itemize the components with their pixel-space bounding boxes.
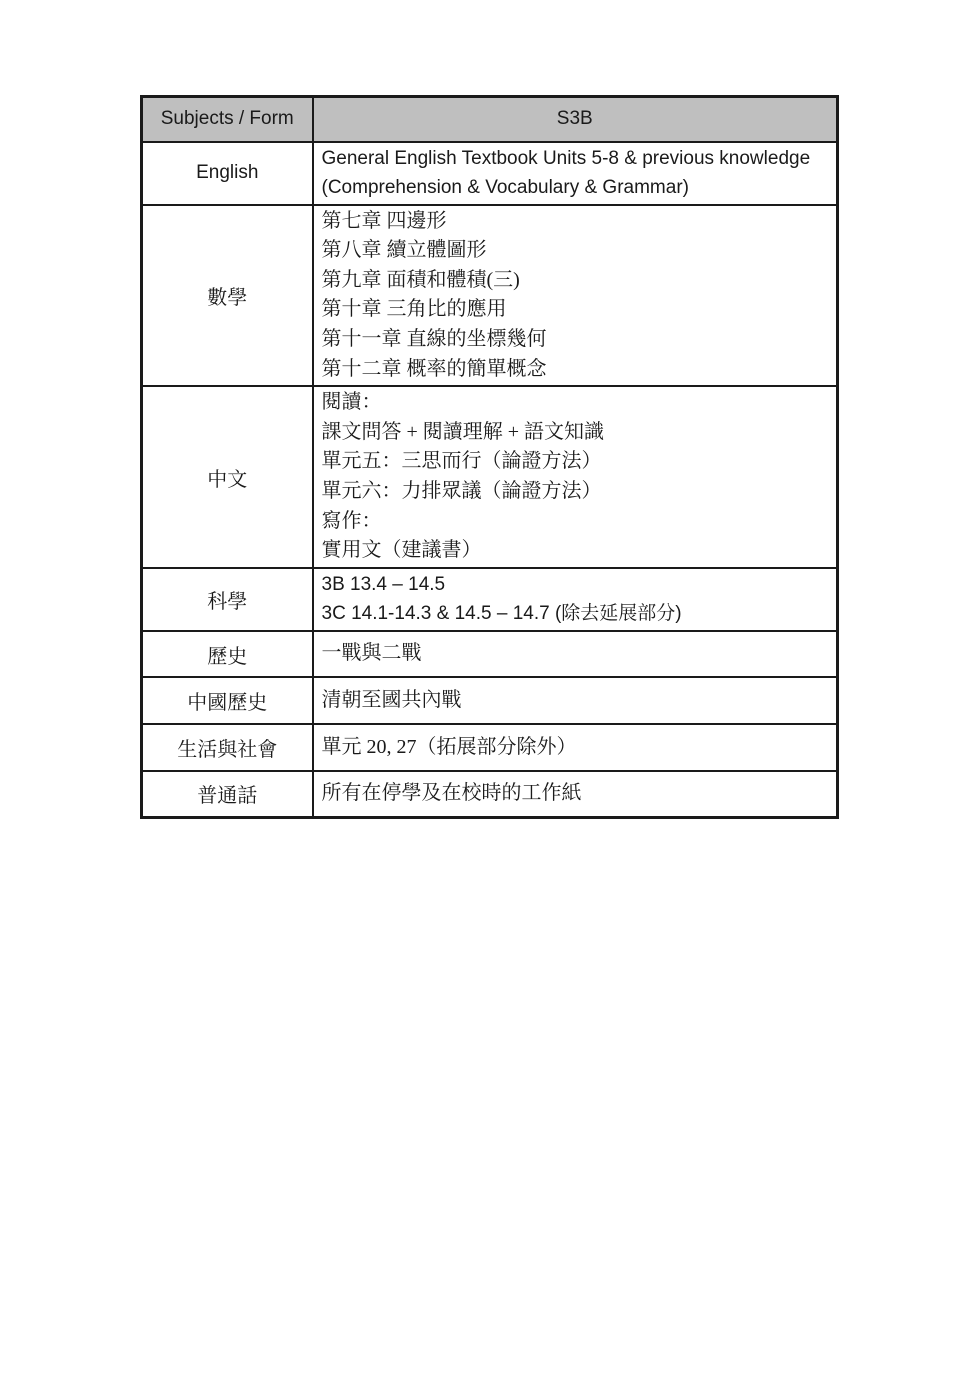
content-cell-english: General English Textbook Units 5-8 & pre… (313, 142, 838, 205)
subject-cell-history: 歷史 (142, 631, 313, 677)
content-line: 第十二章 概率的簡單概念 (322, 355, 829, 385)
content-line: 閱讀： (322, 388, 829, 418)
content-cell-history: 一戰與二戰 (313, 631, 838, 677)
content-line: 一戰與二戰 (322, 639, 829, 669)
subject-cell-science: 科學 (142, 568, 313, 631)
header-form-class: S3B (313, 97, 838, 142)
content-cell-science: 3B 13.4 – 14.5 3C 14.1-14.3 & 14.5 – 14.… (313, 568, 838, 631)
content-line: 單元五：三思而行（論證方法） (322, 447, 829, 477)
content-line: 第八章 續立體圖形 (322, 236, 829, 266)
content-cell-life-society: 單元 20, 27（拓展部分除外） (313, 724, 838, 771)
content-line: 第七章 四邊形 (322, 207, 829, 237)
content-line: 第十一章 直線的坐標幾何 (322, 325, 829, 355)
subject-cell-chinese-history: 中國歷史 (142, 677, 313, 724)
content-line: 所有在停學及在校時的工作紙 (322, 779, 829, 809)
subject-cell-putonghua: 普通話 (142, 771, 313, 817)
content-line: 第九章 面積和體積(三) (322, 266, 829, 296)
content-line: (Comprehension & Vocabulary & Grammar) (322, 173, 829, 203)
subject-cell-life-society: 生活與社會 (142, 724, 313, 771)
content-line: 課文問答 + 閱讀理解 + 語文知識 (322, 418, 829, 448)
subject-cell-english: English (142, 142, 313, 205)
subject-cell-math: 數學 (142, 205, 313, 387)
content-line: 第十章 三角比的應用 (322, 295, 829, 325)
document-page: Subjects / Form S3B English General Engl… (0, 0, 980, 1386)
table-row: 中文 閱讀： 課文問答 + 閱讀理解 + 語文知識 單元五：三思而行（論證方法）… (142, 386, 838, 568)
table-row: 中國歷史 清朝至國共內戰 (142, 677, 838, 724)
exam-scope-table: Subjects / Form S3B English General Engl… (140, 95, 839, 819)
content-cell-chinese-history: 清朝至國共內戰 (313, 677, 838, 724)
content-line: 實用文（建議書） (322, 536, 829, 566)
content-cell-chinese: 閱讀： 課文問答 + 閱讀理解 + 語文知識 單元五：三思而行（論證方法） 單元… (313, 386, 838, 568)
table-row: English General English Textbook Units 5… (142, 142, 838, 205)
content-line: General English Textbook Units 5-8 & pre… (322, 144, 829, 174)
content-line: 清朝至國共內戰 (322, 686, 829, 716)
subject-cell-chinese: 中文 (142, 386, 313, 568)
table-row: 普通話 所有在停學及在校時的工作紙 (142, 771, 838, 817)
content-line: 單元六：力排眾議（論證方法） (322, 477, 829, 507)
content-line: 寫作： (322, 507, 829, 537)
content-line: 3B 13.4 – 14.5 (322, 570, 829, 600)
table-row: 數學 第七章 四邊形 第八章 續立體圖形 第九章 面積和體積(三) 第十章 三角… (142, 205, 838, 387)
content-cell-math: 第七章 四邊形 第八章 續立體圖形 第九章 面積和體積(三) 第十章 三角比的應… (313, 205, 838, 387)
content-line: 3C 14.1-14.3 & 14.5 – 14.7 (除去延展部分) (322, 599, 829, 629)
table-header-row: Subjects / Form S3B (142, 97, 838, 142)
table-row: 生活與社會 單元 20, 27（拓展部分除外） (142, 724, 838, 771)
table-row: 科學 3B 13.4 – 14.5 3C 14.1-14.3 & 14.5 – … (142, 568, 838, 631)
header-subjects-form: Subjects / Form (142, 97, 313, 142)
content-cell-putonghua: 所有在停學及在校時的工作紙 (313, 771, 838, 817)
content-line: 單元 20, 27（拓展部分除外） (322, 733, 829, 763)
table-row: 歷史 一戰與二戰 (142, 631, 838, 677)
